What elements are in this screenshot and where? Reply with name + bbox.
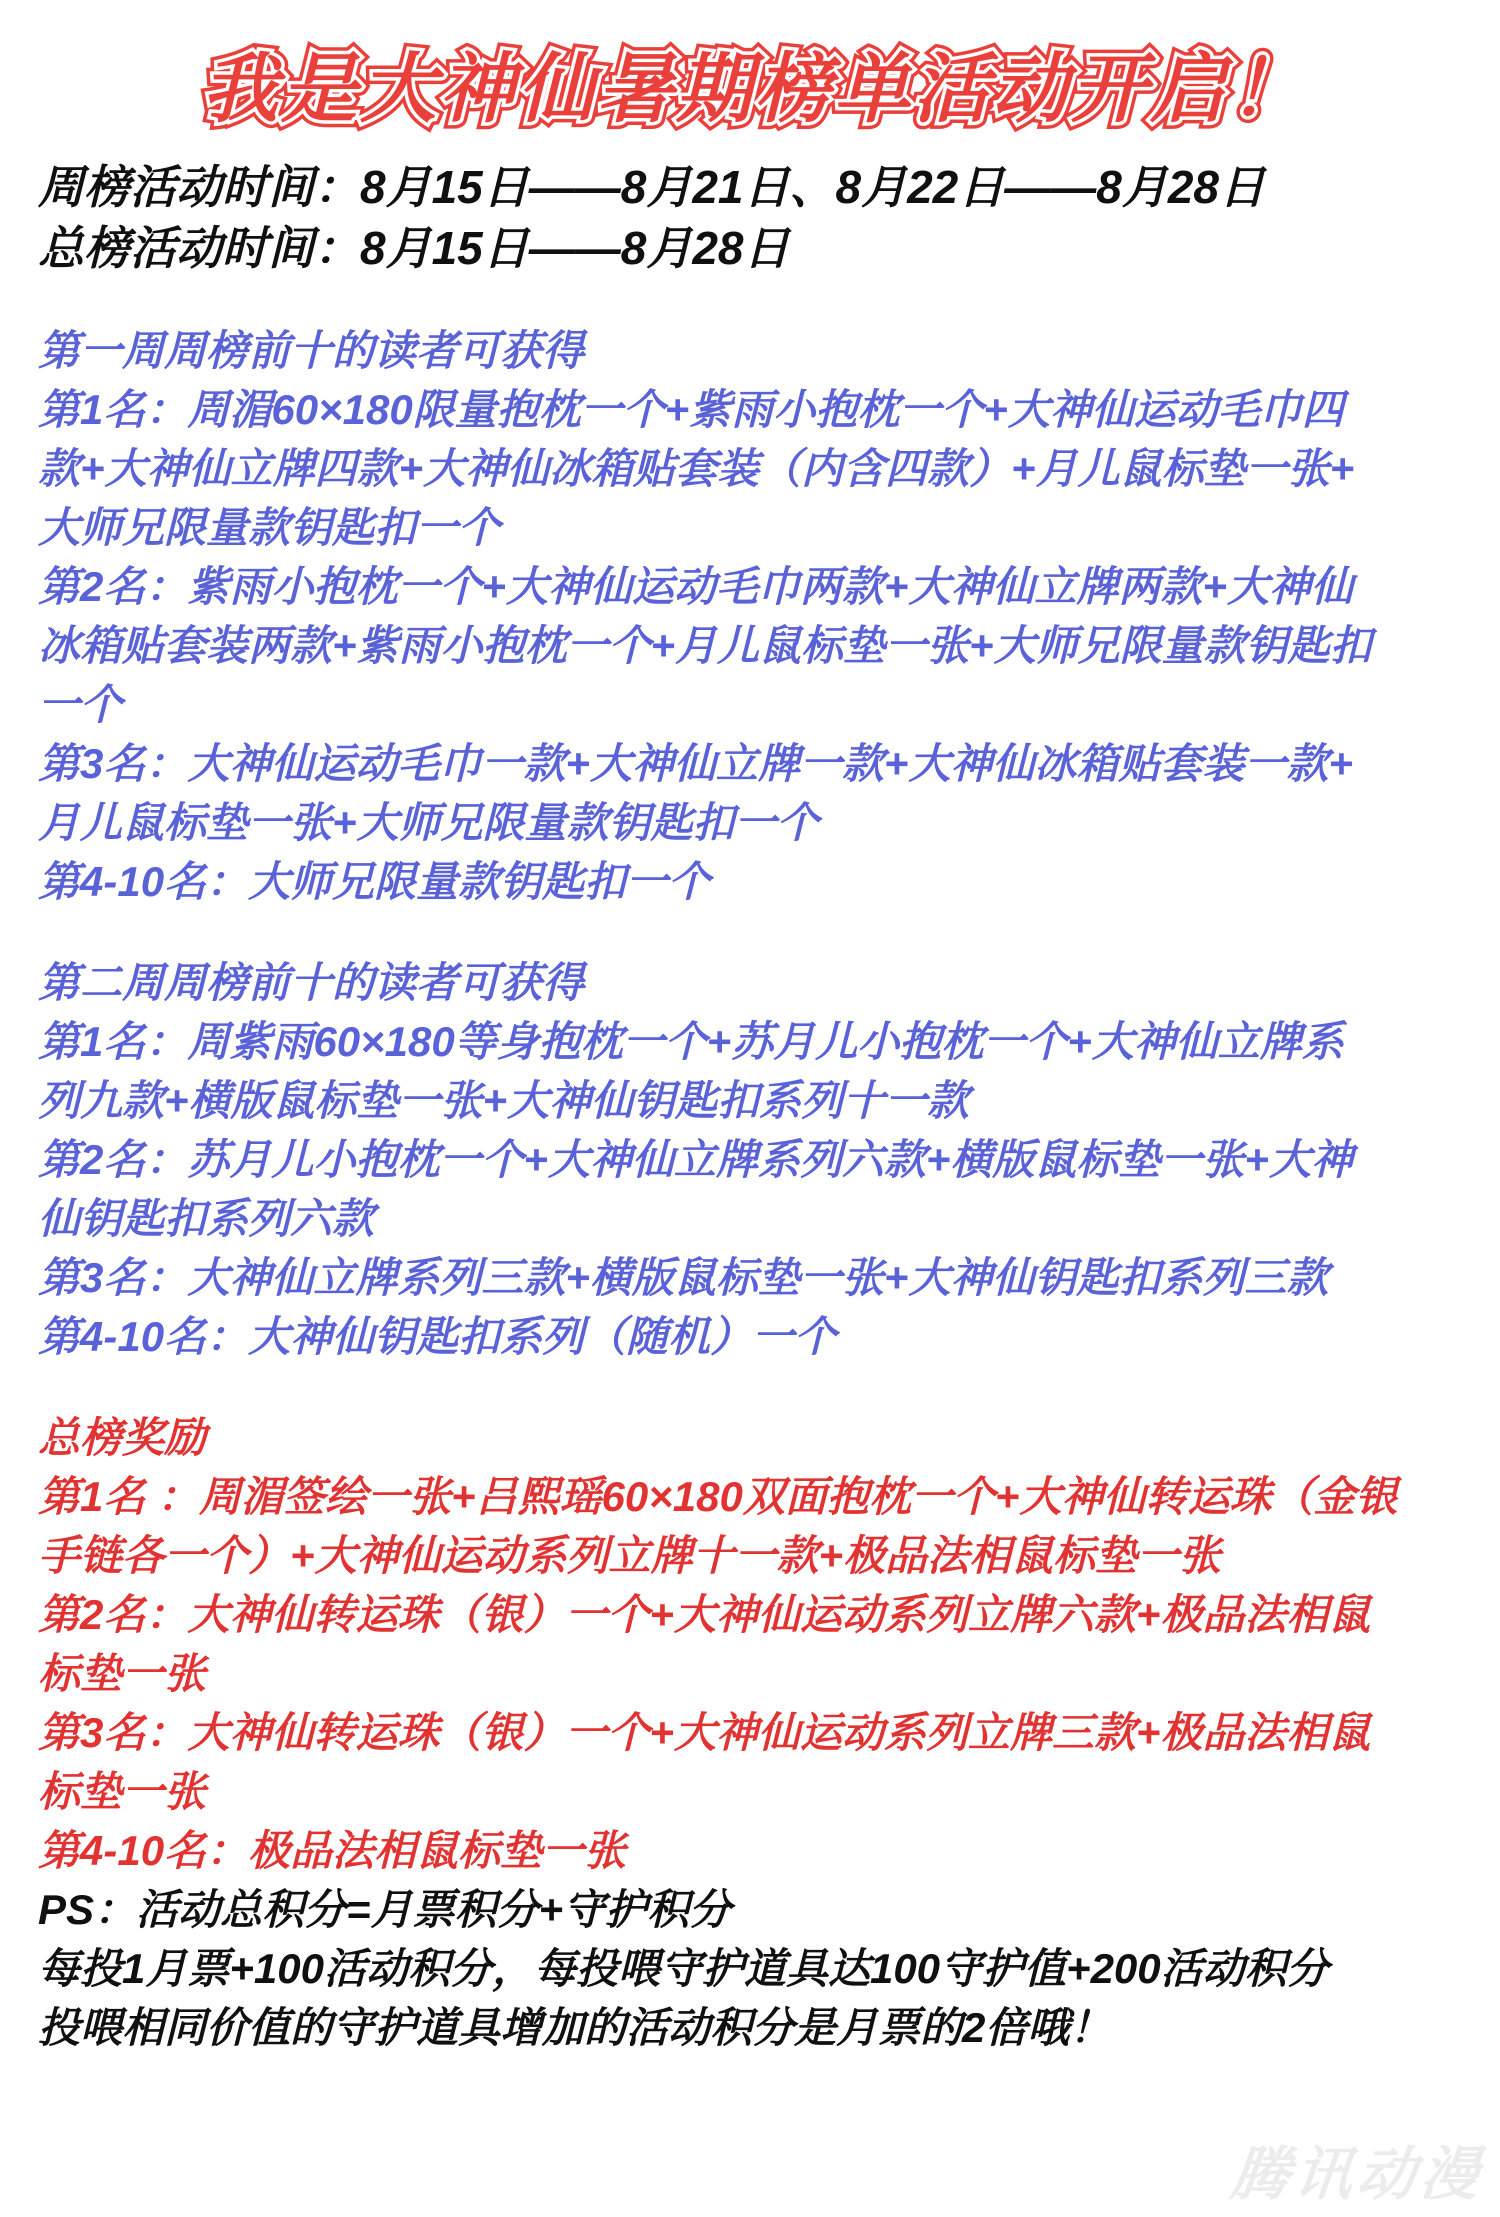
overall-prize-line: 手链各一个）+大神仙运动系列立牌十一款+极品法相鼠标垫一张 [38, 1526, 1472, 1585]
ps-section: PS：活动总积分=月票积分+守护积分 每投1月票+100活动积分，每投喂守护道具… [38, 1880, 1472, 2057]
week2-prize-line: 第4-10名：大神仙钥匙扣系列（随机）一个 [38, 1307, 1472, 1366]
week1-prize-line: 款+大神仙立牌四款+大神仙冰箱贴套装（内含四款）+月儿鼠标垫一张+ [38, 439, 1472, 498]
ps-line: PS：活动总积分=月票积分+守护积分 [38, 1880, 1472, 1939]
schedule-section: 周榜活动时间：8月15日——8月21日、8月22日——8月28日 总榜活动时间：… [38, 157, 1472, 279]
overall-prize-line: 第3名：大神仙转运珠（银）一个+大神仙运动系列立牌三款+极品法相鼠 [38, 1703, 1472, 1762]
total-ranking-time: 总榜活动时间：8月15日——8月28日 [38, 218, 1472, 279]
announcement-content: 我是大神仙暑期榜单活动开启！ 我是大神仙暑期榜单活动开启！ 我是大神仙暑期榜单活… [0, 0, 1500, 2057]
week1-section: 第一周周榜前十的读者可获得 第1名：周湄60×180限量抱枕一个+紫雨小抱枕一个… [38, 321, 1472, 911]
weekly-ranking-time: 周榜活动时间：8月15日——8月21日、8月22日——8月28日 [38, 157, 1472, 218]
tencent-comics-watermark: 腾讯动漫 [1228, 2127, 1489, 2211]
ps-line: 投喂相同价值的守护道具增加的活动积分是月票的2倍哦！ [38, 1998, 1472, 2057]
week1-prize-line: 大师兄限量款钥匙扣一个 [38, 498, 1472, 557]
week1-prize-line: 月儿鼠标垫一张+大师兄限量款钥匙扣一个 [38, 793, 1472, 852]
overall-prize-line: 标垫一张 [38, 1644, 1472, 1703]
week1-prize-line: 第2名：紫雨小抱枕一个+大神仙运动毛巾两款+大神仙立牌两款+大神仙 [38, 557, 1472, 616]
overall-prize-line: 第2名：大神仙转运珠（银）一个+大神仙运动系列立牌六款+极品法相鼠 [38, 1585, 1472, 1644]
page-title: 我是大神仙暑期榜单活动开启！ 我是大神仙暑期榜单活动开启！ 我是大神仙暑期榜单活… [38, 44, 1472, 135]
week1-prize-line: 冰箱贴套装两款+紫雨小抱枕一个+月儿鼠标垫一张+大师兄限量款钥匙扣 [38, 616, 1472, 675]
week1-prize-line: 一个 [38, 675, 1472, 734]
overall-prize-line: 第1名 ：周湄签绘一张+吕熙瑶60×180双面抱枕一个+大神仙转运珠（金银 [38, 1467, 1472, 1526]
week2-prize-line: 仙钥匙扣系列六款 [38, 1189, 1472, 1248]
week2-prize-line: 列九款+横版鼠标垫一张+大神仙钥匙扣系列十一款 [38, 1071, 1472, 1130]
overall-prize-line: 标垫一张 [38, 1762, 1472, 1821]
week2-heading: 第二周周榜前十的读者可获得 [38, 953, 1472, 1012]
week1-prize-line: 第1名：周湄60×180限量抱枕一个+紫雨小抱枕一个+大神仙运动毛巾四 [38, 380, 1472, 439]
week1-prize-line: 第3名：大神仙运动毛巾一款+大神仙立牌一款+大神仙冰箱贴套装一款+ [38, 734, 1472, 793]
overall-heading: 总榜奖励 [38, 1408, 1472, 1467]
week2-section: 第二周周榜前十的读者可获得 第1名：周紫雨60×180等身抱枕一个+苏月儿小抱枕… [38, 953, 1472, 1366]
week1-prize-line: 第4-10名：大师兄限量款钥匙扣一个 [38, 852, 1472, 911]
week1-heading: 第一周周榜前十的读者可获得 [38, 321, 1472, 380]
week2-prize-line: 第2名：苏月儿小抱枕一个+大神仙立牌系列六款+横版鼠标垫一张+大神 [38, 1130, 1472, 1189]
page-title-text: 我是大神仙暑期榜单活动开启！ [202, 44, 1308, 135]
ps-line: 每投1月票+100活动积分，每投喂守护道具达100守护值+200活动积分 [38, 1939, 1472, 1998]
week2-prize-line: 第1名：周紫雨60×180等身抱枕一个+苏月儿小抱枕一个+大神仙立牌系 [38, 1012, 1472, 1071]
announcement-page: 我是大神仙暑期榜单活动开启！ 我是大神仙暑期榜单活动开启！ 我是大神仙暑期榜单活… [0, 0, 1500, 2217]
overall-ranking-section: 总榜奖励 第1名 ：周湄签绘一张+吕熙瑶60×180双面抱枕一个+大神仙转运珠（… [38, 1408, 1472, 1880]
overall-prize-line: 第4-10名：极品法相鼠标垫一张 [38, 1821, 1472, 1880]
week2-prize-line: 第3名：大神仙立牌系列三款+横版鼠标垫一张+大神仙钥匙扣系列三款 [38, 1248, 1472, 1307]
